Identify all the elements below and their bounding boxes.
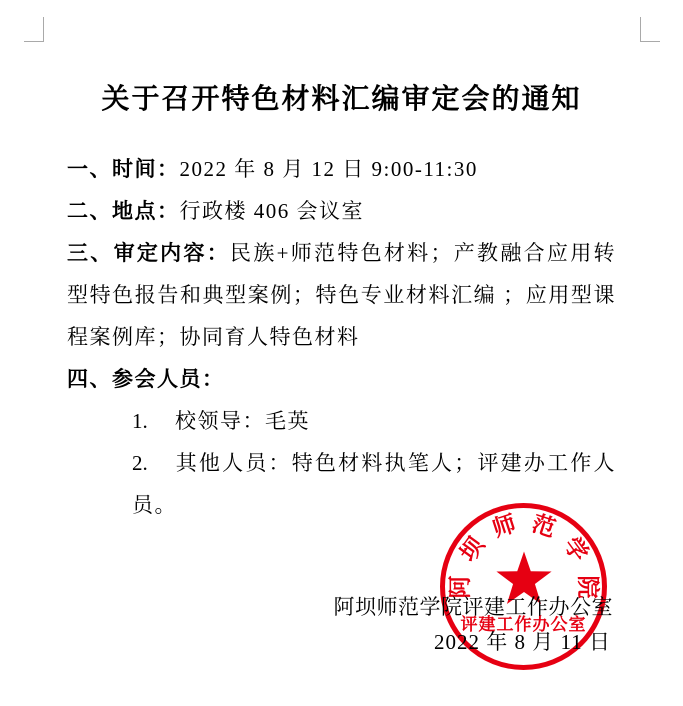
seal-banner-text: 评建工作办公室 xyxy=(461,616,587,633)
notice-item-content-label: 三、审定内容： xyxy=(67,241,230,265)
document-title: 关于召开特色材料汇编审定会的通知 xyxy=(0,83,683,117)
document-page: 关于召开特色材料汇编审定会的通知 一、时间：2022 年 8 月 12 日 9:… xyxy=(0,0,683,706)
notice-item-time-label: 一、时间： xyxy=(67,157,180,181)
list-item: 1.校领导：毛英 xyxy=(132,400,616,442)
list-item-text: 校领导：毛英 xyxy=(175,409,310,433)
official-seal: 阿 坝 师 范 学 院 评建工作办公室 xyxy=(440,503,607,670)
seal-arc-char: 院 xyxy=(576,575,599,598)
list-item-number: 2. xyxy=(132,442,175,484)
notice-item-content: 三、审定内容：民族+师范特色材料；产教融合应用转型特色报告和典型案例；特色专业材… xyxy=(67,232,616,358)
seal-arc-char: 坝 xyxy=(456,533,488,565)
notice-item-place-value: 行政楼 406 会议室 xyxy=(180,199,365,223)
notice-item-time: 一、时间：2022 年 8 月 12 日 9:00-11:30 xyxy=(67,148,616,190)
seal-arc-char: 范 xyxy=(529,511,558,540)
seal-arc-char: 学 xyxy=(559,533,591,565)
seal-arc-char: 师 xyxy=(489,511,518,540)
notice-item-attendees: 四、参会人员： xyxy=(67,358,616,400)
star-icon xyxy=(495,550,553,605)
notice-item-place: 二、地点：行政楼 406 会议室 xyxy=(67,190,616,232)
text-boundary-corner-left xyxy=(24,17,44,42)
list-item-number: 1. xyxy=(132,400,175,442)
text-boundary-corner-right xyxy=(640,17,660,42)
notice-item-time-value: 2022 年 8 月 12 日 9:00-11:30 xyxy=(180,157,478,181)
document-body: 一、时间：2022 年 8 月 12 日 9:00-11:30 二、地点：行政楼… xyxy=(67,148,616,526)
notice-item-attendees-label: 四、参会人员： xyxy=(67,367,225,391)
notice-item-place-label: 二、地点： xyxy=(67,199,180,223)
seal-arc-char: 阿 xyxy=(448,575,471,598)
